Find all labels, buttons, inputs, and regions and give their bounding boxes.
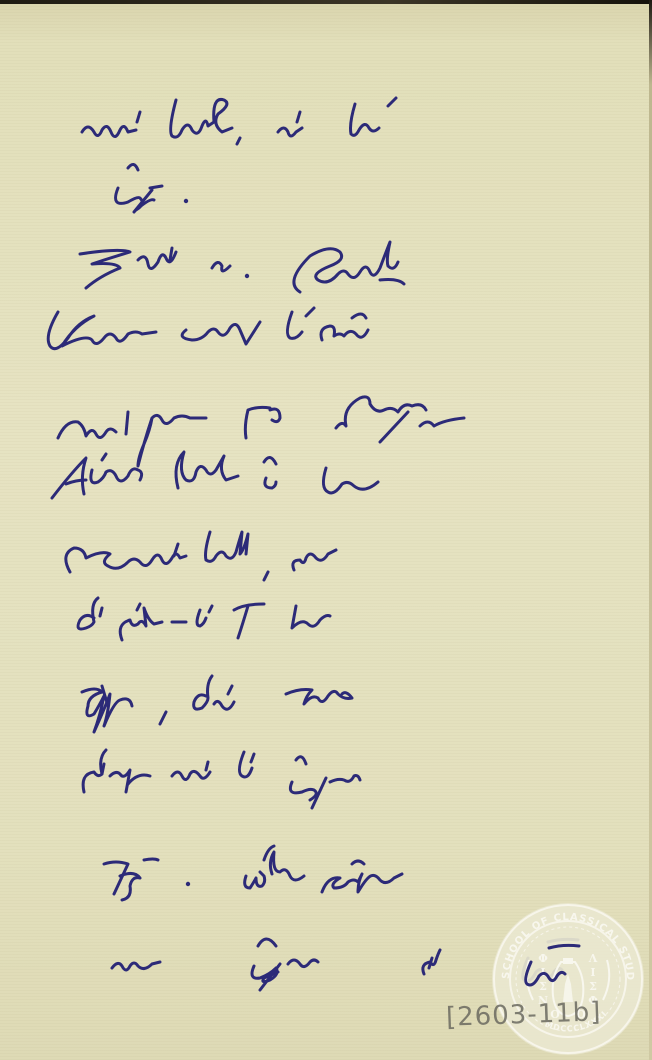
- handwriting-line-1: [82, 98, 396, 144]
- archive-reference-number: [2603-11b]: [446, 997, 602, 1032]
- handwriting-line-10: [83, 750, 360, 808]
- svg-text:Ι: Ι: [590, 966, 595, 979]
- handwriting-line-9: [82, 676, 352, 732]
- handwriting-line-5: [58, 397, 464, 466]
- handwriting-line-4: [48, 308, 368, 349]
- handwriting-line-6: [52, 452, 378, 498]
- document-page: και ταύτη να τις έχω. Εγώ κ. Βρεντ... έδ…: [0, 0, 652, 1060]
- svg-text:Σ: Σ: [589, 980, 597, 993]
- handwriting-line-2: [116, 164, 189, 212]
- seal-stamp: SCHOOL OF CLASSICAL STUDIES AT ATHENS MD…: [489, 900, 647, 1058]
- handwriting-line-7: [66, 532, 336, 580]
- handwriting-line-8: [78, 598, 330, 640]
- handwriting-line-3: [80, 242, 404, 292]
- svg-text:Λ: Λ: [588, 952, 598, 965]
- svg-text:Φ: Φ: [538, 952, 548, 965]
- svg-text:Σ: Σ: [539, 980, 547, 993]
- handwriting-line-11: [104, 846, 402, 900]
